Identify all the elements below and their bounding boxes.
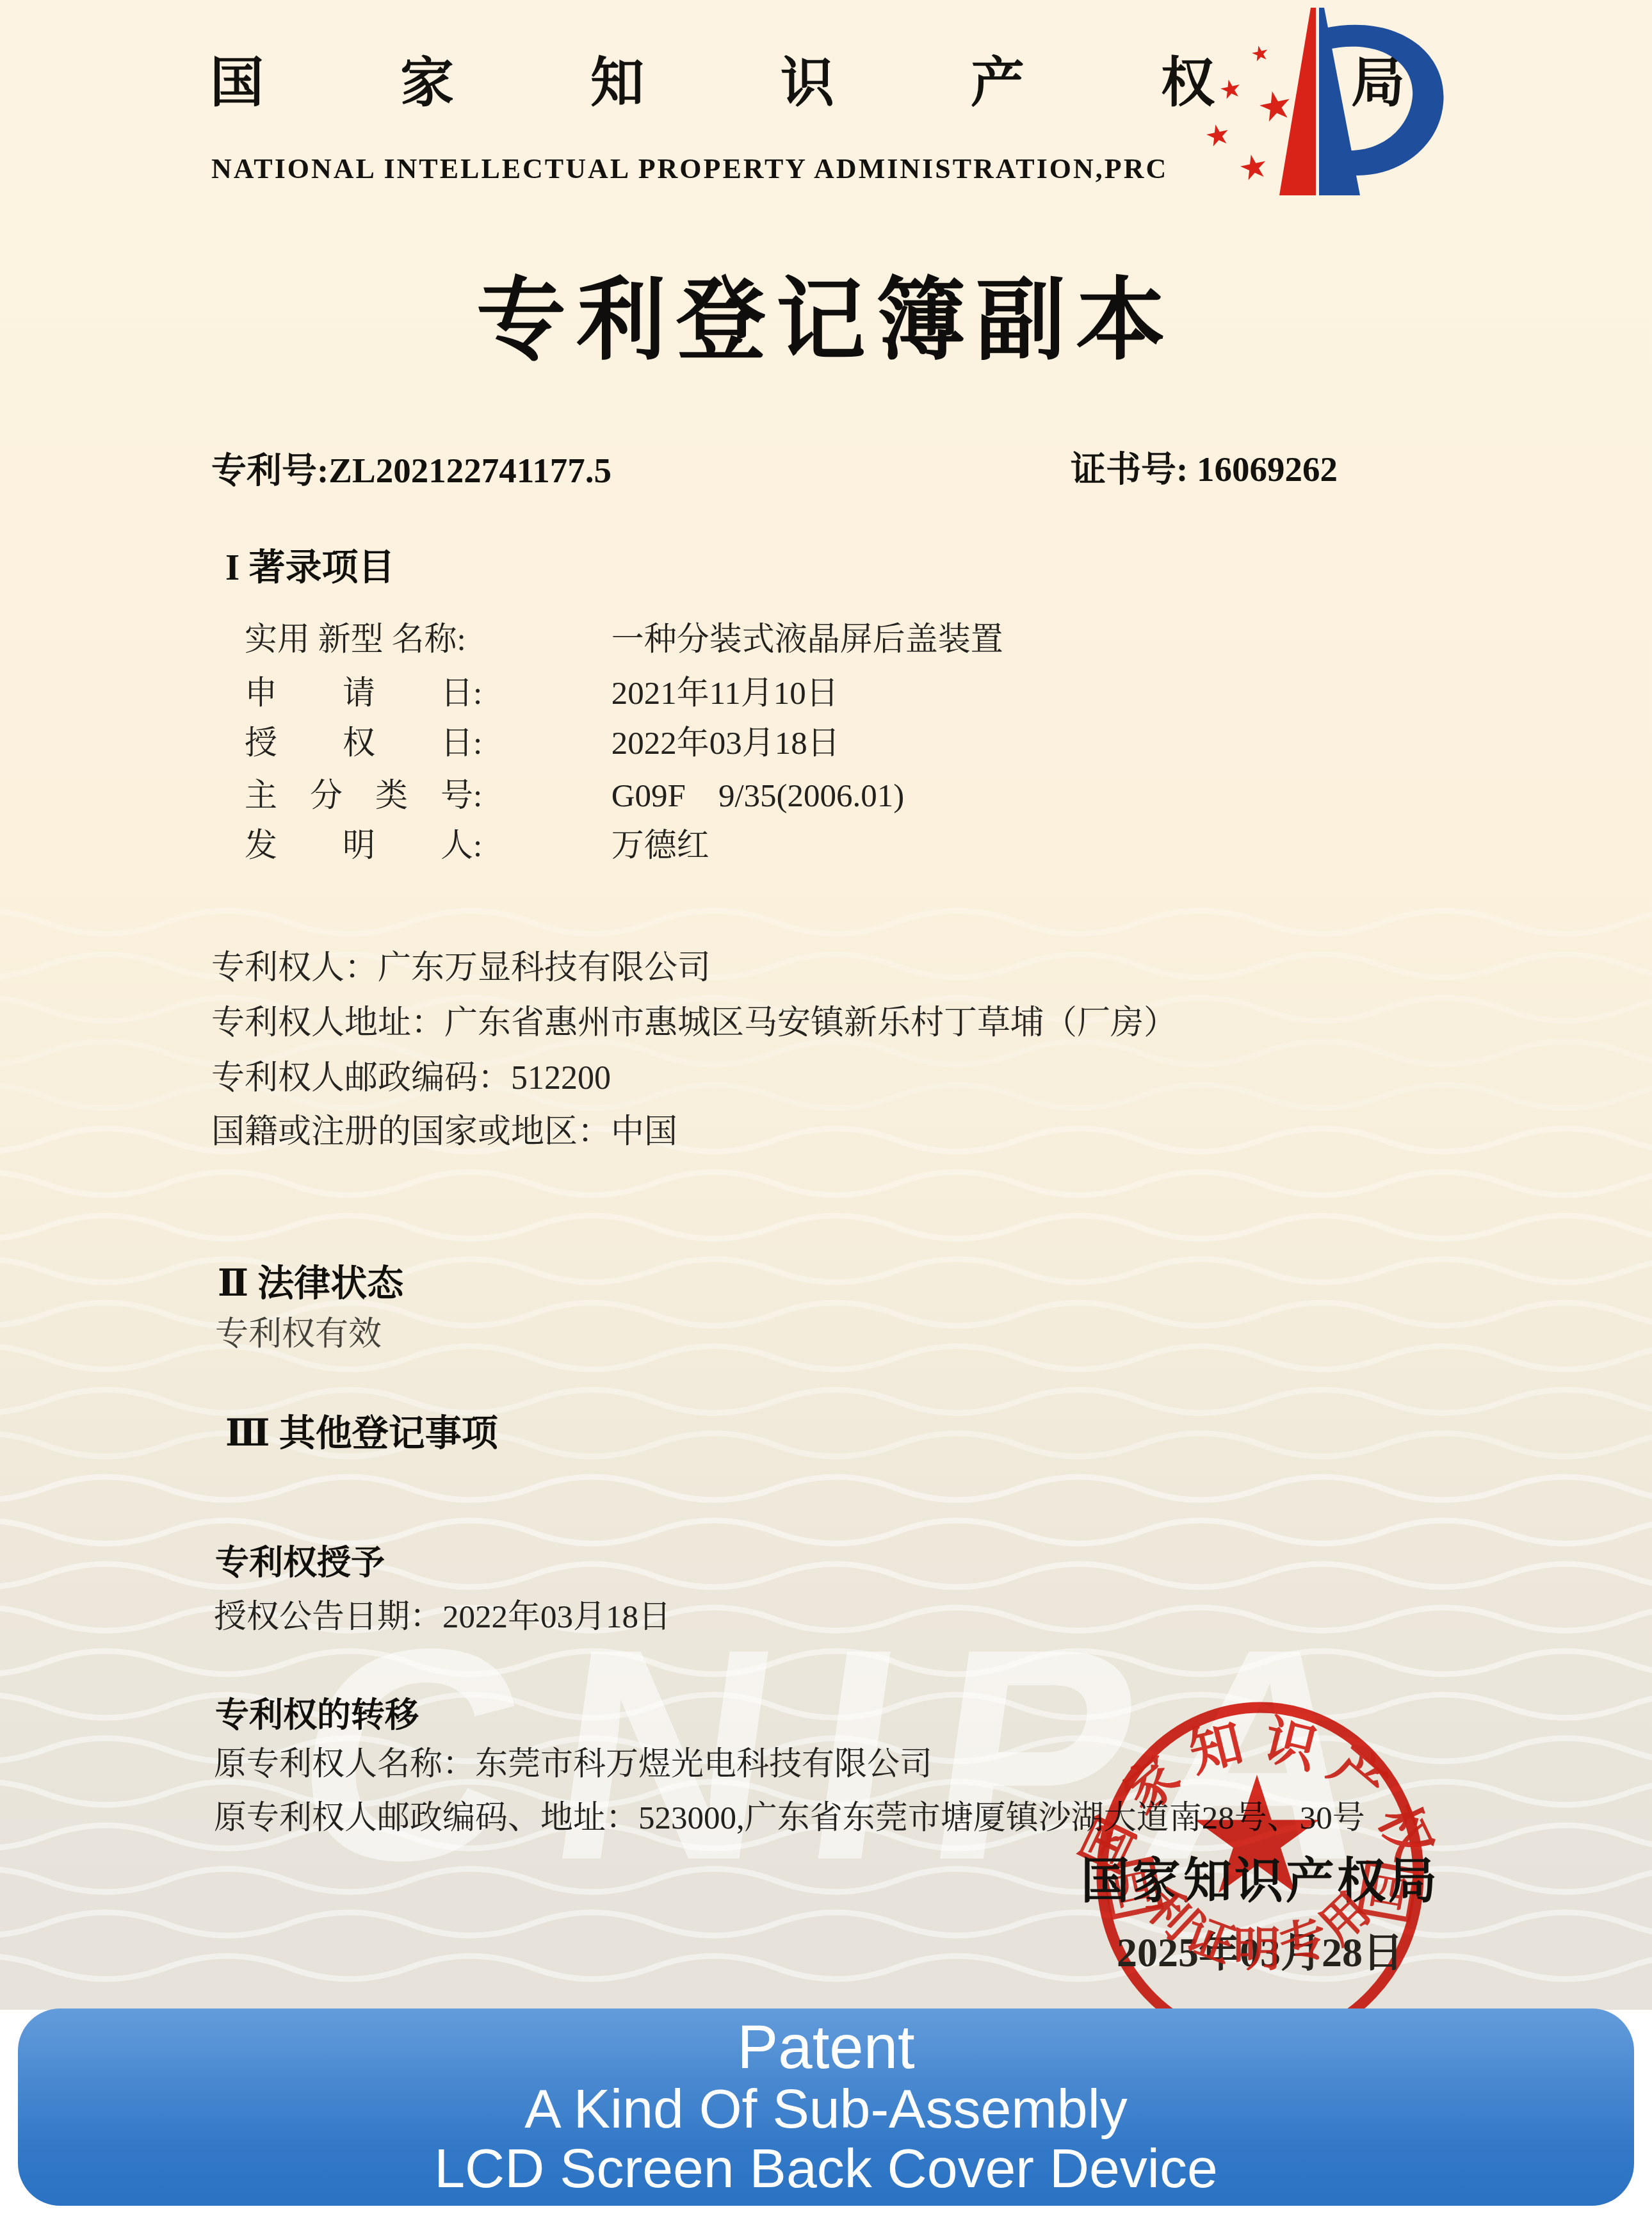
bib-row-title: 实用 新型 名称: 一种分装式液晶屏后盖装置 bbox=[245, 612, 1003, 660]
section-1-heading: I 著录项目 bbox=[225, 538, 394, 591]
certificate-number: 证书号: 16069262 bbox=[1071, 441, 1338, 491]
bib-value: 一种分装式液晶屏后盖装置 bbox=[611, 612, 1003, 660]
holder-postcode-line: 专利权人邮政编码：512200 bbox=[211, 1050, 611, 1098]
agency-name-cn: 国 家 知 识 产 权 局 bbox=[210, 40, 1466, 117]
footer-caption-banner: Patent A Kind Of Sub-Assembly LCD Screen… bbox=[18, 2008, 1634, 2206]
bib-row-filing-date: 申 请 日: 2021年11月10日 bbox=[245, 666, 839, 713]
bib-row-classification: 主 分 类 号: G09F 9/35(2006.01) bbox=[245, 769, 904, 816]
transfer-prev-owner-line: 原专利权人名称：东莞市科万煜光电科技有限公司 bbox=[214, 1737, 932, 1784]
patent-register-document: CNIPA 国 家 知 识 产 权 局 NATIONAL INTELLECTUA… bbox=[0, 0, 1652, 2216]
banner-subtitle-line1: A Kind Of Sub-Assembly bbox=[524, 2080, 1128, 2139]
holder-name-line: 专利权人：广东万显科技有限公司 bbox=[211, 940, 711, 988]
bib-value: 2022年03月18日 bbox=[611, 716, 840, 763]
banner-subtitle-line2: LCD Screen Back Cover Device bbox=[434, 2139, 1218, 2199]
bib-row-inventor: 发 明 人: 万德红 bbox=[245, 819, 709, 866]
banner-title: Patent bbox=[737, 2016, 915, 2080]
document-content: 国 家 知 识 产 权 局 NATIONAL INTELLECTUAL PROP… bbox=[0, 0, 1652, 2216]
transfer-prev-address-line: 原专利权人邮政编码、地址：523000,广东省东莞市塘厦镇沙湖大道南28号、30… bbox=[214, 1791, 1365, 1838]
bib-label: 实用 新型 名称: bbox=[245, 612, 574, 660]
grant-heading: 专利权授予 bbox=[215, 1536, 385, 1585]
legal-status: 专利权有效 bbox=[215, 1307, 382, 1355]
holder-nationality-line: 国籍或注册的国家或地区：中国 bbox=[211, 1104, 677, 1152]
bib-row-grant-date: 授 权 日: 2022年03月18日 bbox=[245, 716, 840, 763]
transfer-heading: 专利权的转移 bbox=[215, 1688, 419, 1737]
bib-value: G09F 9/35(2006.01) bbox=[611, 769, 905, 816]
bib-label: 授 权 日: bbox=[245, 716, 574, 763]
bib-value: 2021年11月10日 bbox=[611, 666, 839, 713]
holder-address-line: 专利权人地址：广东省惠州市惠城区马安镇新乐村丁草埔（厂房） bbox=[211, 995, 1177, 1043]
document-title: 专利登记簿副本 bbox=[0, 248, 1652, 377]
patent-number: 专利号:ZL202122741177.5 bbox=[211, 442, 611, 493]
agency-name-en: NATIONAL INTELLECTUAL PROPERTY ADMINISTR… bbox=[211, 152, 1168, 185]
bib-label: 主 分 类 号: bbox=[245, 769, 574, 816]
section-3-heading: Ⅲ 其他登记事项 bbox=[225, 1404, 498, 1456]
section-2-heading: Ⅱ 法律状态 bbox=[218, 1254, 403, 1307]
bib-value: 万德红 bbox=[611, 819, 709, 866]
grant-date-line: 授权公告日期：2022年03月18日 bbox=[214, 1590, 671, 1637]
bib-label: 申 请 日: bbox=[245, 666, 574, 713]
bib-label: 发 明 人: bbox=[245, 819, 574, 866]
